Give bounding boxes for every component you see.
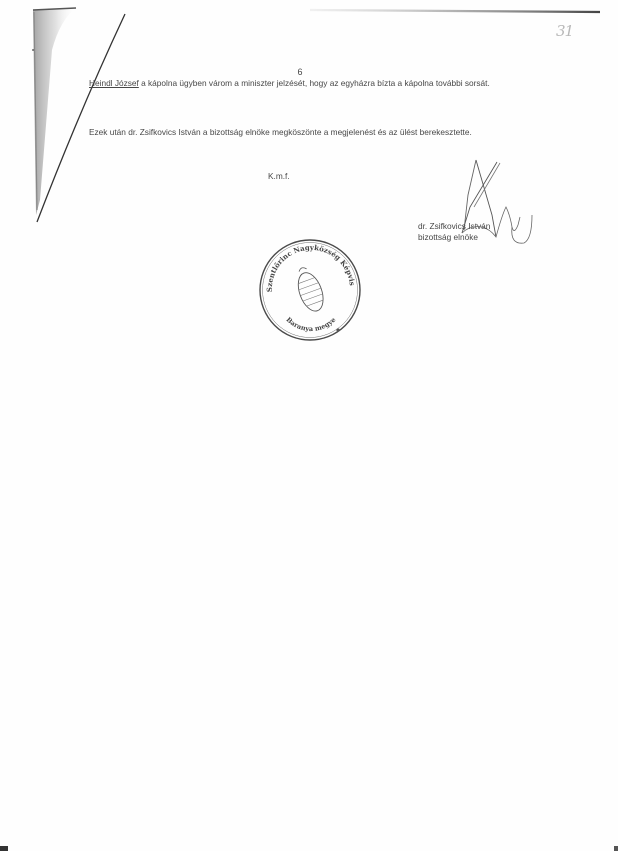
signer-name: dr. Zsifkovics István <box>418 221 490 232</box>
paragraph-text: Ezek után dr. Zsifkovics István a bizott… <box>89 127 472 137</box>
scan-fold-artifact <box>0 0 140 230</box>
paragraph-heindl: Heindl József a kápolna ügyben várom a m… <box>89 78 519 89</box>
scan-edge-mark <box>614 846 618 851</box>
paragraph-text: a kápolna ügyben várom a miniszter jelzé… <box>139 78 490 88</box>
official-stamp: Szentlőrinc Nagyközség Képviselőtestület… <box>254 236 366 344</box>
kmf-label: K.m.f. <box>268 171 290 181</box>
archive-page-number: 31 <box>556 22 573 40</box>
speaker-name: Heindl József <box>89 78 139 88</box>
paragraph-closing: Ezek után dr. Zsifkovics István a bizott… <box>89 127 519 138</box>
page-number: 6 <box>0 67 600 77</box>
stamp-top-text: Szentlőrinc Nagyközség Képviselőtestület… <box>254 236 357 292</box>
document-page: 31 6 Heindl József a kápolna ügyben váro… <box>0 0 618 851</box>
coat-of-arms-icon <box>292 264 328 314</box>
svg-text:Szentlőrinc Nagyközség Képvise: Szentlőrinc Nagyközség Képviselőtestület… <box>254 236 357 292</box>
scan-edge-mark <box>0 846 8 851</box>
stamp-bottom-text: Baranya megye <box>285 316 338 333</box>
scan-line-artifact <box>310 8 600 14</box>
svg-text:Baranya megye: Baranya megye <box>285 316 338 333</box>
signer-block: dr. Zsifkovics István bizottság elnöke <box>418 221 490 243</box>
signer-title: bizottság elnöke <box>418 232 490 243</box>
